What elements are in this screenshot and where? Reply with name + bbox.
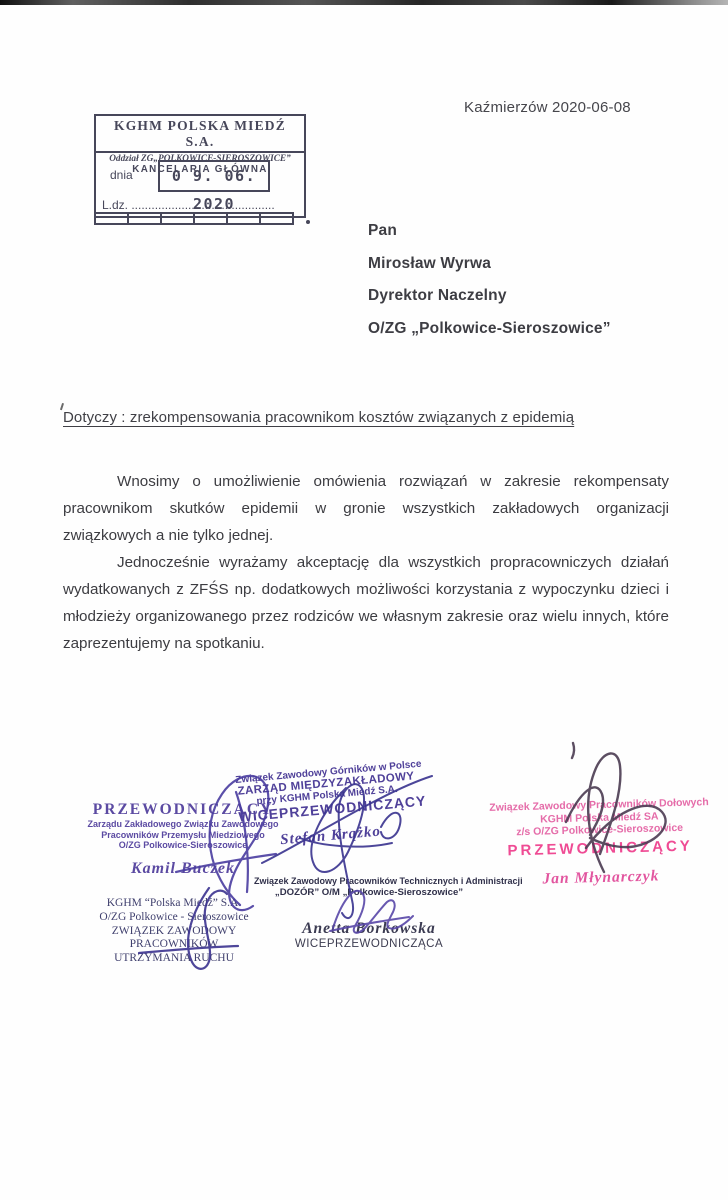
- letter-body: Wnosimy o umożliwienie omówienia rozwiąz…: [63, 468, 669, 657]
- registry-stamp-date-row: dnia 0 9. 06. 2020: [96, 160, 304, 192]
- recipient-salutation: Pan: [368, 221, 611, 241]
- stamp-org-line: O/ZG Polkowice - Sieroszowice: [82, 911, 266, 925]
- registry-stamp-grid-cell: [259, 212, 294, 225]
- registry-stamp-grid-cell: [127, 212, 160, 225]
- stamp-vice-chairman-gornikow: Związek Zawodowy Górników w Polsce ZARZĄ…: [235, 759, 421, 852]
- stamp-org-line: UTRZYMANIA RUCHU: [82, 952, 266, 966]
- registry-stamp-company: KGHM POLSKA MIEDŹ S.A.: [96, 116, 304, 153]
- stamp-org-line: KGHM “Polska Miedź” S.A.: [82, 897, 266, 911]
- stamp-org-line: Związek Zawodowy Pracowników Technicznyc…: [254, 876, 484, 886]
- stamp-org-line: „DOZÓR” O/M „Polkowice-Sieroszowice”: [254, 887, 484, 898]
- body-paragraph-1: Wnosimy o umożliwienie omówienia rozwiąz…: [63, 468, 669, 549]
- stamp-union-utrzymania-ruchu: KGHM “Polska Miedź” S.A. O/ZG Polkowice …: [82, 897, 266, 966]
- registry-stamp-date-label: dnia: [110, 168, 133, 182]
- recipient-block: Pan Mirosław Wyrwa Dyrektor Naczelny O/Z…: [368, 221, 611, 351]
- registry-stamp-date-value: 0 9. 06. 2020: [158, 160, 270, 192]
- registry-stamp-grid-cell: [160, 212, 193, 225]
- place-and-date: Kaźmierzów 2020-06-08: [464, 99, 631, 116]
- recipient-name: Mirosław Wyrwa: [368, 254, 611, 274]
- stamp-title: PRZEWODNICZĄCY: [477, 836, 723, 859]
- registry-stamp: KGHM POLSKA MIEDŹ S.A. Oddział ZG„POLKOW…: [94, 114, 306, 218]
- subject-line: Dotyczy : zrekompensowania pracownikom k…: [63, 409, 574, 426]
- stamp-facsimile-name: Anetta Borkowska: [254, 920, 484, 938]
- stamp-vice-chairman-dozor: Związek Zawodowy Pracowników Technicznyc…: [254, 876, 484, 950]
- stamp-org-line: ZWIĄZEK ZAWODOWY: [82, 925, 266, 939]
- recipient-title: Dyrektor Naczelny: [368, 286, 611, 306]
- stamp-org-line: PRACOWNIKÓW: [82, 938, 266, 952]
- stamp-title: WICEPRZEWODNICZĄCA: [254, 938, 484, 950]
- body-paragraph-2: Jednocześnie wyrażamy akceptację dla wsz…: [63, 549, 669, 657]
- registry-stamp-grid-cell: [226, 212, 259, 225]
- recipient-unit: O/ZG „Polkowice-Sieroszowice”: [368, 319, 611, 339]
- scanned-letter-page: Kaźmierzów 2020-06-08 KGHM POLSKA MIEDŹ …: [0, 0, 728, 1200]
- stamp-facsimile-name: Stefan Krążko: [240, 820, 421, 853]
- scan-edge-artifact: [0, 0, 728, 5]
- registry-stamp-grid: [94, 212, 294, 225]
- registry-stamp-grid-cell: [94, 212, 127, 225]
- stamp-facsimile-name: Kamil Buczek: [86, 860, 280, 878]
- registry-stamp-grid-cell: [193, 212, 226, 225]
- registry-stamp-ink-dot: [306, 220, 310, 224]
- registry-stamp-ref-number: L.dz. ..................................…: [102, 198, 298, 212]
